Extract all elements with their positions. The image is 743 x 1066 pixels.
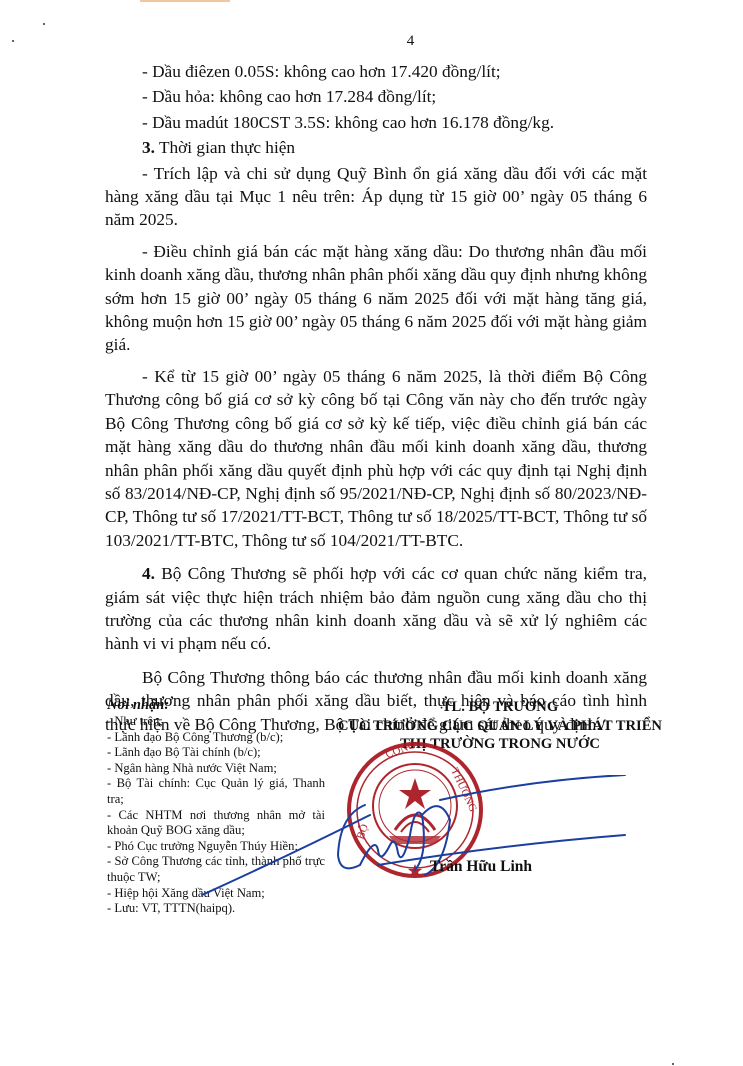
page-number: 4 (0, 33, 743, 50)
price-item: - Dầu điêzen 0.05S: không cao hơn 17.420… (105, 60, 647, 83)
price-item: - Dầu hỏa: không cao hơn 17.284 đồng/lít… (105, 85, 647, 108)
recipient-item: - Như trên; (107, 714, 325, 730)
section-4-paragraph: 4. Bộ Công Thương sẽ phối hợp với các cơ… (105, 562, 647, 656)
recipient-item: - Lãnh đạo Bộ Tài chính (b/c); (107, 745, 325, 761)
section-3-heading: 3. Thời gian thực hiện (105, 136, 647, 159)
signer-name: Trần Hữu Linh (430, 858, 532, 876)
paragraph: - Điều chỉnh giá bán các mặt hàng xăng d… (105, 240, 647, 357)
recipient-item: - Lãnh đạo Bộ Công Thương (b/c); (107, 730, 325, 746)
section-text: Bộ Công Thương sẽ phối hợp với các cơ qu… (105, 564, 647, 653)
price-item: - Dầu madút 180CST 3.5S: không cao hơn 1… (105, 111, 647, 134)
scan-speck (43, 23, 45, 25)
document-body: - Dầu điêzen 0.05S: không cao hơn 17.420… (105, 60, 647, 736)
svg-text:CÔNG: CÔNG (384, 740, 417, 761)
signature-line-1: TL. BỘ TRƯỞNG (300, 698, 700, 717)
signature-line-2: CỤC TRƯỞNG CỤC QUẢN LÝ VÀ PHÁT TRIỂN (300, 717, 700, 736)
paragraph: - Trích lập và chi sử dụng Quỹ Bình ổn g… (105, 162, 647, 232)
section-number: 4. (142, 564, 155, 583)
recipients-heading: Nơi nhận: (107, 697, 325, 714)
handwritten-signature-icon (200, 775, 630, 935)
paragraph: - Kể từ 15 giờ 00’ ngày 05 tháng 6 năm 2… (105, 365, 647, 552)
section-number: 3. (142, 138, 155, 157)
scan-speck (672, 1063, 674, 1065)
section-title: Thời gian thực hiện (155, 138, 295, 157)
scan-artifact (140, 0, 230, 2)
